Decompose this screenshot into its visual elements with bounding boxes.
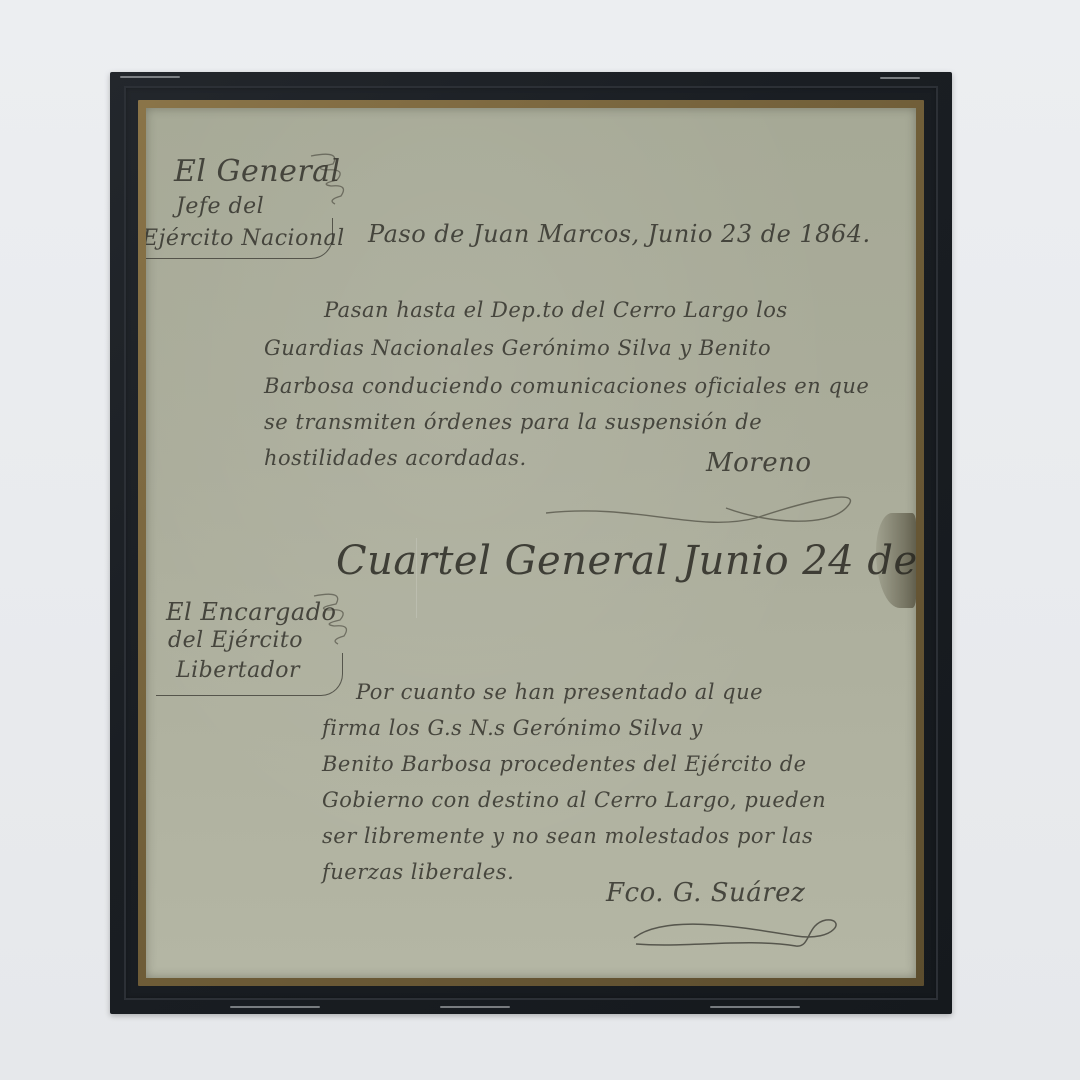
body-line: Pasan hasta el Dep.to del Cerro Largo lo… (324, 298, 788, 322)
frame-wear-mark (710, 1006, 800, 1008)
signature-moreno: Moreno (706, 448, 812, 478)
margin-note-line: Jefe del (176, 194, 264, 219)
body-line: ser libremente y no sean molestados por … (322, 824, 813, 848)
body-line: Gobierno con destino al Cerro Largo, pue… (322, 788, 826, 812)
body-line: fuerzas liberales. (322, 860, 514, 884)
body-line: firma los G.s N.s Gerónimo Silva y (322, 716, 703, 740)
body-line: Barbosa conduciendo comunicaciones ofici… (264, 374, 869, 398)
scroll-flourish-icon (301, 146, 351, 226)
body-line: Por cuanto se han presentado al que (356, 680, 763, 704)
signature-flourish-icon (626, 908, 856, 958)
signature-suarez: Fco. G. Suárez (606, 878, 805, 908)
body-line: Benito Barbosa procedentes del Ejército … (322, 752, 807, 776)
margin-note-line: del Ejército (168, 628, 303, 653)
frame-wear-mark (230, 1006, 320, 1008)
scroll-flourish-icon (306, 586, 356, 666)
letter-paper: El General Jefe del Ejército Nacional Pa… (146, 108, 916, 978)
section-heading: Cuartel General Junio 24 de 1864 (336, 538, 916, 584)
body-line: hostilidades acordadas. (264, 446, 527, 470)
frame-wear-mark (440, 1006, 510, 1008)
body-line: se transmiten órdenes para la suspensión… (264, 410, 762, 434)
frame-wear-mark (120, 76, 180, 78)
picture-frame: El General Jefe del Ejército Nacional Pa… (110, 72, 952, 1014)
dateline: Paso de Juan Marcos, Junio 23 de 1864. (368, 220, 871, 248)
signature-flourish-icon (546, 478, 876, 538)
frame-wear-mark (880, 77, 920, 79)
body-line: Guardias Nacionales Gerónimo Silva y Ben… (264, 336, 771, 360)
